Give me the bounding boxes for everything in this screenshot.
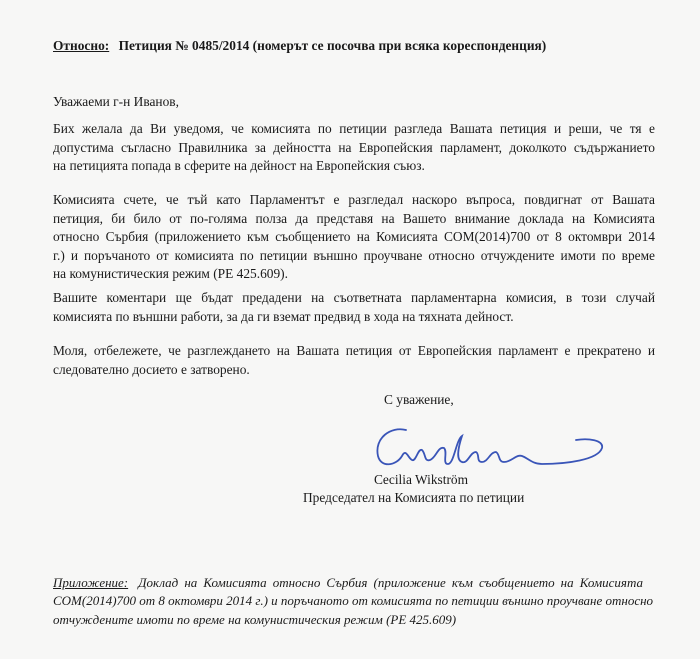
handwritten-signature: [366, 418, 616, 478]
annex-note: Приложение: Доклад на Комисията относно …: [53, 574, 643, 629]
subject-text: Петиция № 0485/2014 (номерът се посочва …: [119, 38, 547, 53]
annex-label: Приложение:: [53, 575, 128, 590]
text-line: относно Сърбия (приложението към съобщен…: [53, 228, 655, 247]
text-line: Доклад на Комисията относно Сърбия (прил…: [138, 575, 643, 590]
signer-title: Председател на Комисията по петиции: [303, 490, 524, 506]
paragraph-admissibility: Бих желала да Ви уведомя, че комисията п…: [53, 120, 655, 176]
text-line: Комисията счете, че тъй като Парламентът…: [53, 191, 655, 210]
signer-name: Cecilia Wikström: [374, 472, 468, 488]
letter-page: Относно: Петиция № 0485/2014 (номерът се…: [0, 0, 700, 659]
text-line: отчуждените имоти по време на комунистич…: [53, 611, 643, 629]
salutation: Уважаеми г-н Иванов,: [53, 94, 179, 110]
text-line: г.) и поръчаното от комисията по петиции…: [53, 247, 655, 266]
paragraph-closed: Моля, отбележете, че разглеждането на Ва…: [53, 342, 655, 379]
closing: С уважение,: [384, 392, 454, 408]
paragraph-comments: Вашите коментари ще бъдат предадени на с…: [53, 289, 655, 326]
subject-label: Относно:: [53, 38, 109, 53]
text-line: петиция, би било от по-голяма полза да п…: [53, 210, 655, 229]
text-line: следователно досието е затворено.: [53, 361, 655, 380]
text-line: Моля, отбележете, че разглеждането на Ва…: [53, 342, 655, 361]
text-line: на комунистическия режим (PE 425.609).: [53, 265, 655, 284]
text-line: COM(2014)700 от 8 октомври 2014 г.) и по…: [53, 592, 643, 610]
subject-line: Относно: Петиция № 0485/2014 (номерът се…: [53, 38, 546, 54]
text-line: комисията по външни работи, за да ги взе…: [53, 308, 655, 327]
text-line: допустима съгласно Правилника за дейност…: [53, 139, 655, 158]
text-line: Бих желала да Ви уведомя, че комисията п…: [53, 120, 655, 139]
paragraph-report: Комисията счете, че тъй като Парламентът…: [53, 191, 655, 284]
text-line: Вашите коментари ще бъдат предадени на с…: [53, 289, 655, 308]
text-line: на петицията попада в сферите на дейност…: [53, 157, 655, 176]
